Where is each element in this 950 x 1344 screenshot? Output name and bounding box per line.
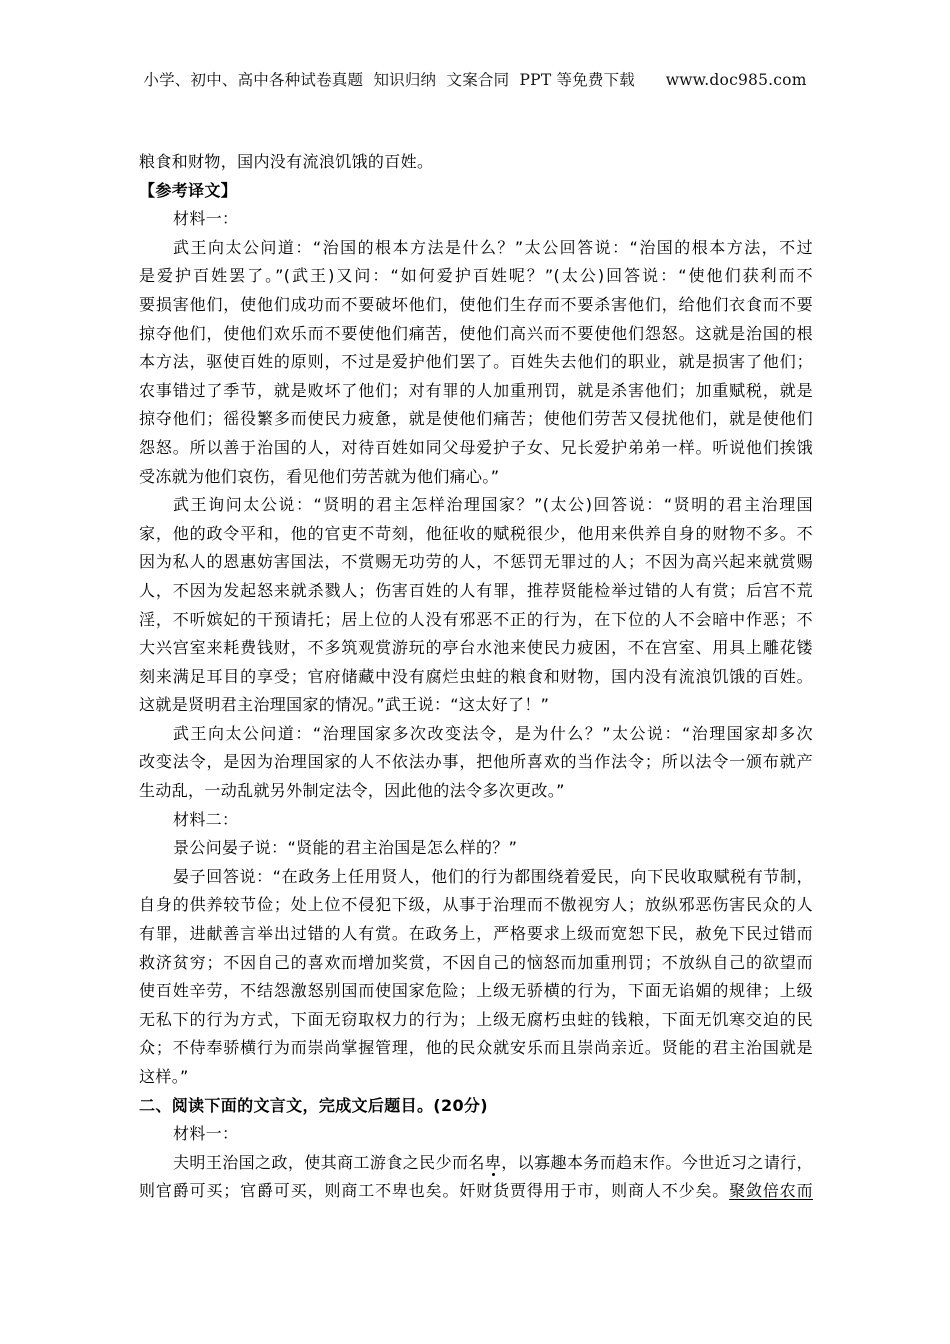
text-line: 受冻就为他们哀伤，看见他们劳苦就为他们痛心。” — [139, 463, 813, 492]
text-line: 则官爵可买；官爵可买，则商工不卑也矣。奸财货贾得用于市，则商人不少矣。聚敛倍农而 — [139, 1177, 813, 1206]
emphasis-dotted-char: 卑 — [485, 1153, 501, 1172]
text-line: 要损害他们，使他们成功而不要破坏他们，使他们生存而不要杀害他们，给他们衣食而不要 — [139, 291, 813, 320]
text-line: 人，不因为发起怒来就杀戮人；伤害百姓的人有罪，推荐贤能检举过错的人有赏；后宫不荒 — [139, 577, 813, 606]
section-heading: 【参考译文】 — [139, 177, 813, 206]
text-line: 晏子回答说：“在政务上任用贤人，他们的行为都围绕着爱民，向下民收取赋税有节制， — [139, 863, 813, 892]
text-line: 怨怒。所以善于治国的人，对待百姓如同父母爱护子女、兄长爱护弟弟一样。听说他们挨饿 — [139, 434, 813, 463]
text-line: 这样。” — [139, 1063, 813, 1092]
text-line: 自身的供养较节俭；处上位不侵犯下级，从事于治理而不傲视穷人；放纵邪恶伤害民众的人 — [139, 891, 813, 920]
text-line: 本方法，驱使百姓的原则，不过是爱护他们罢了。百姓失去他们的职业，就是损害了他们； — [139, 348, 813, 377]
underlined-phrase: 聚敛倍农而 — [729, 1181, 813, 1200]
text-line: 使百姓辛劳，不结怨激怒别国而使国家危险；上级无骄横的行为，下面无谄媚的规律；上级 — [139, 977, 813, 1006]
text-line: 有罪，进献善言举出过错的人有赏。在政务上，严格要求上级而宽恕下民，赦免下民过错而 — [139, 920, 813, 949]
text-line: 淫，不听嫔妃的干预请托；居上位的人没有邪恶不正的行为，在下位的人不会暗中作恶；不 — [139, 606, 813, 635]
material-label: 材料一： — [139, 1120, 813, 1149]
text-line: 武王向太公问道：“治国的根本方法是什么？”太公回答说：“治国的根本方法，不过 — [139, 234, 813, 263]
text-line: 农事错过了季节，就是败坏了他们；对有罪的人加重刑罚，就是杀害他们；加重赋税，就是 — [139, 377, 813, 406]
text-line: 是爱护百姓罢了。”(武王)又问：“如何爱护百姓呢？”(太公)回答说：“使他们获利… — [139, 262, 813, 291]
text-line: 刻来满足耳目的享受；官府储藏中没有腐烂虫蛀的粮食和财物，国内没有流浪饥饿的百姓。 — [139, 663, 813, 692]
text-line: 生动乱，一动乱就另外制定法令，因此他的法令多次更改。” — [139, 777, 813, 806]
text-line: 无私下的行为方式，下面无窃取权力的行为；上级无腐朽虫蛀的钱粮，下面无饥寒交迫的民 — [139, 1006, 813, 1035]
text-line: 大兴宫室来耗费钱财，不多筑观赏游玩的亭台水池来使民力疲困，不在宫室、用具上雕花镂 — [139, 634, 813, 663]
text-line: 武王询问太公说：“贤明的君主怎样治理国家？”(太公)回答说：“贤明的君主治理国 — [139, 491, 813, 520]
text-line: 武王向太公问道：“治理国家多次改变法令，是为什么？”太公说：“治理国家却多次 — [139, 720, 813, 749]
text-line: 改变法令，是因为治理国家的人不依法办事，把他所喜欢的当作法令；所以法令一颁布就产 — [139, 748, 813, 777]
text-segment: ，以寡趣本务而趋末作。今世近习之请行， — [501, 1153, 813, 1172]
text-line: 家，他的政令平和，他的官吏不苛刻，他征收的赋税很少，他用来供养自身的财物不多。不 — [139, 520, 813, 549]
page-header: 小学、初中、高中各种试卷真题 知识归纳 文案合同 PPT 等免费下载 www.d… — [0, 68, 950, 90]
text-line: 材料二： — [139, 806, 813, 835]
text-line: 众；不侍奉骄横行为而崇尚掌握管理，他的民众就安乐而且崇尚亲近。贤能的君主治国就是 — [139, 1034, 813, 1063]
section-2-title: 二、阅读下面的文言文，完成文后题目。(20分) — [139, 1092, 813, 1121]
text-line: 景公问晏子说：“贤能的君主治国是怎么样的？” — [139, 834, 813, 863]
text-line: 夫明王治国之政，使其商工游食之民少而名卑，以寡趣本务而趋末作。今世近习之请行， — [139, 1149, 813, 1178]
document-body: 粮食和财物，国内没有流浪饥饿的百姓。【参考译文】材料一：武王向太公问道：“治国的… — [139, 148, 813, 1206]
text-line: 粮食和财物，国内没有流浪饥饿的百姓。 — [139, 148, 813, 177]
text-line: 救济贫穷；不因自己的喜欢而增加奖赏，不因自己的恼怒而加重刑罚；不放纵自己的欲望而 — [139, 949, 813, 978]
text-line: 材料一： — [139, 205, 813, 234]
text-segment: 夫明王治国之政，使其商工游食之民少而名 — [173, 1153, 485, 1172]
text-segment: 则官爵可买；官爵可买，则商工不卑也矣。奸财货贾得用于市，则商人不少矣。 — [139, 1181, 729, 1200]
text-line: 掠夺他们；徭役繁多而使民力疲惫，就是使他们痛苦；使他们劳苦又侵扰他们，就是使他们 — [139, 405, 813, 434]
text-line: 掠夺他们，使他们欢乐而不要使他们痛苦，使他们高兴而不要使他们怨怒。这就是治国的根 — [139, 320, 813, 349]
text-line: 这就是贤明君主治理国家的情况。”武王说：“这太好了！” — [139, 691, 813, 720]
text-line: 因为私人的恩惠妨害国法，不赏赐无功劳的人，不惩罚无罪过的人；不因为高兴起来就赏赐 — [139, 548, 813, 577]
